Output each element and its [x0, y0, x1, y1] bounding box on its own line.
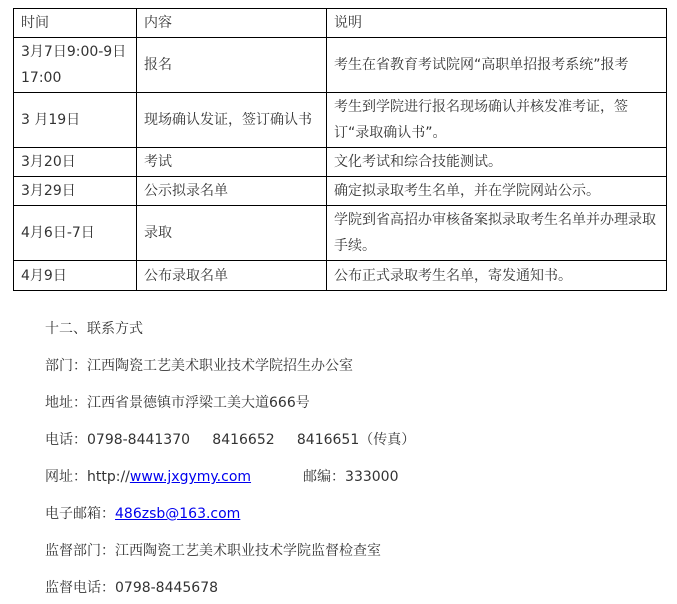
table-header-row: 时间 内容 说明 [14, 9, 667, 38]
cell-time: 4月9日 [14, 261, 137, 291]
cell-desc: 学院到省高招办审核备案拟录取考生名单并办理录取手续。 [327, 206, 667, 261]
document-page: 时间 内容 说明 3月7日9:00-9日17:00 报名 考生在省教育考试院网“… [0, 8, 677, 604]
table-row: 3月7日9:00-9日17:00 报名 考生在省教育考试院网“高职单招报考系统”… [14, 38, 667, 93]
table-row: 4月9日 公布录取名单 公布正式录取考生名单，寄发通知书。 [14, 261, 667, 291]
cell-content: 录取 [137, 206, 327, 261]
email-label: 电子邮箱： [45, 506, 115, 522]
cell-content: 现场确认发证，签订确认书 [137, 93, 327, 148]
postal-code: 333000 [345, 469, 398, 485]
cell-desc: 考生在省教育考试院网“高职单招报考系统”报考 [327, 38, 667, 93]
cell-desc: 公布正式录取考生名单，寄发通知书。 [327, 261, 667, 291]
cell-time: 3月20日 [14, 148, 137, 177]
department-line: 部门：江西陶瓷工艺美术职业技术学院招生办公室 [45, 358, 677, 374]
cell-desc: 考生到学院进行报名现场确认并核发准考证，签订“录取确认书”。 [327, 93, 667, 148]
contact-heading: 十二、联系方式 [45, 321, 677, 337]
cell-time: 3月7日9:00-9日17:00 [14, 38, 137, 93]
table-row: 3月20日 考试 文化考试和综合技能测试。 [14, 148, 667, 177]
phone-line: 电话：0798-8441370 8416652 8416651（传真） [45, 432, 677, 448]
table-row: 3月29日 公示拟录名单 确定拟录取考生名单，并在学院网站公示。 [14, 177, 667, 206]
cell-time: 4月6日-7日 [14, 206, 137, 261]
table-header-content: 内容 [137, 9, 327, 38]
cell-desc: 文化考试和综合技能测试。 [327, 148, 667, 177]
supervision-phone-line: 监督电话：0798-8445678 [45, 580, 677, 596]
email-link[interactable]: 486zsb@163.com [115, 506, 240, 522]
cell-content: 报名 [137, 38, 327, 93]
address-line: 地址：江西省景德镇市浮梁工美大道666号 [45, 395, 677, 411]
table-row: 3 月19日 现场确认发证，签订确认书 考生到学院进行报名现场确认并核发准考证，… [14, 93, 667, 148]
website-link[interactable]: www.jxgymy.com [130, 469, 251, 485]
table-header-time: 时间 [14, 9, 137, 38]
cell-desc: 确定拟录取考生名单，并在学院网站公示。 [327, 177, 667, 206]
email-line: 电子邮箱：486zsb@163.com [45, 506, 677, 522]
postal-label: 邮编： [303, 469, 345, 485]
cell-time: 3 月19日 [14, 93, 137, 148]
cell-content: 公示拟录名单 [137, 177, 327, 206]
supervision-department-line: 监督部门：江西陶瓷工艺美术职业技术学院监督检查室 [45, 543, 677, 559]
website-line: 网址：http://www.jxgymy.com邮编：333000 [45, 469, 677, 485]
website-label: 网址：http:// [45, 469, 130, 485]
table-row: 4月6日-7日 录取 学院到省高招办审核备案拟录取考生名单并办理录取手续。 [14, 206, 667, 261]
cell-content: 公布录取名单 [137, 261, 327, 291]
table-header-desc: 说明 [327, 9, 667, 38]
cell-time: 3月29日 [14, 177, 137, 206]
schedule-table: 时间 内容 说明 3月7日9:00-9日17:00 报名 考生在省教育考试院网“… [13, 8, 667, 291]
cell-content: 考试 [137, 148, 327, 177]
contact-section: 十二、联系方式 部门：江西陶瓷工艺美术职业技术学院招生办公室 地址：江西省景德镇… [45, 321, 677, 596]
